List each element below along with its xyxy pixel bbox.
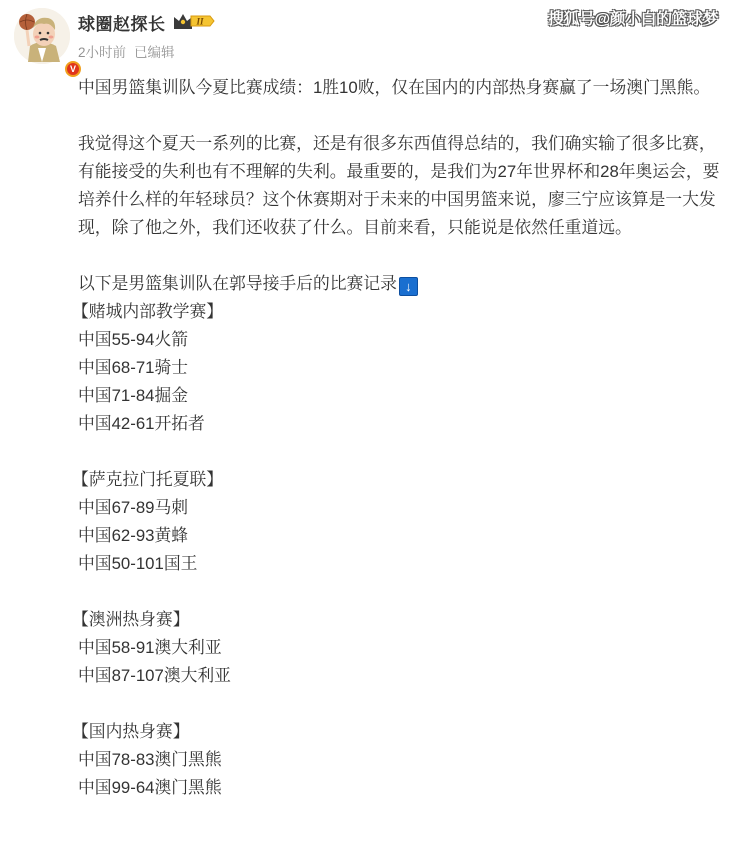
section-domestic: 【国内热身赛】 中国78-83澳门黑熊 中国99-64澳门黑熊 xyxy=(78,718,720,802)
game-record: 中国78-83澳门黑熊 xyxy=(78,746,720,774)
paragraph-commentary: 我觉得这个夏天一系列的比赛，还是有很多东西值得总结的，我们确实输了很多比赛，有能… xyxy=(78,130,720,242)
game-record: 中国42-61开拓者 xyxy=(78,410,720,438)
game-record: 中国62-93黄蜂 xyxy=(78,522,720,550)
game-record: 中国55-94火箭 xyxy=(78,326,720,354)
section-australia: 【澳洲热身赛】 中国58-91澳大利亚 中国87-107澳大利亚 xyxy=(78,606,720,690)
author-avatar[interactable]: V xyxy=(14,8,70,64)
author-name[interactable]: 球圈赵探长 xyxy=(78,10,166,35)
section-title: 【国内热身赛】 xyxy=(72,718,720,746)
post-meta: 2小时前已编辑 xyxy=(78,41,175,61)
section-title: 【赌城内部教学赛】 xyxy=(72,298,720,326)
game-record: 中国58-91澳大利亚 xyxy=(78,634,720,662)
watermark: 搜狐号@颜小白的篮球梦 xyxy=(548,6,718,29)
edited-label[interactable]: 已编辑 xyxy=(134,45,175,60)
down-arrow-emoji-icon: ↓ xyxy=(399,277,418,296)
post-header: V 球圈赵探长 II 2小时前已编辑 搜狐号@颜小白的篮球梦 xyxy=(0,0,733,70)
game-record: 中国67-89马刺 xyxy=(78,494,720,522)
game-record: 中国87-107澳大利亚 xyxy=(78,662,720,690)
records-intro: 以下是男篮集训队在郭导接手后的比赛记录↓ xyxy=(78,270,720,298)
section-las-vegas: 【赌城内部教学赛】 中国55-94火箭 中国68-71骑士 中国71-84掘金 … xyxy=(78,298,720,438)
section-title: 【萨克拉门托夏联】 xyxy=(72,466,720,494)
post-body: 中国男篮集训队今夏比赛成绩：1胜10败，仅在国内的内部热身赛赢了一场澳门黑熊。 … xyxy=(78,74,720,802)
spacer xyxy=(78,438,720,466)
crown-level-badge-icon: II xyxy=(172,11,216,31)
game-record: 中国50-101国王 xyxy=(78,550,720,578)
paragraph-summary: 中国男篮集训队今夏比赛成绩：1胜10败，仅在国内的内部热身赛赢了一场澳门黑熊。 xyxy=(78,74,720,102)
game-record: 中国99-64澳门黑熊 xyxy=(78,774,720,802)
section-title: 【澳洲热身赛】 xyxy=(72,606,720,634)
level-badge-text: II xyxy=(195,17,204,27)
game-record: 中国68-71骑士 xyxy=(78,354,720,382)
section-sacramento: 【萨克拉门托夏联】 中国67-89马刺 中国62-93黄蜂 中国50-101国王 xyxy=(78,466,720,578)
cartoon-avatar-icon xyxy=(14,8,70,64)
game-record: 中国71-84掘金 xyxy=(78,382,720,410)
records-intro-text: 以下是男篮集训队在郭导接手后的比赛记录 xyxy=(78,274,397,293)
spacer xyxy=(78,690,720,718)
spacer xyxy=(78,578,720,606)
post-time: 2小时前 xyxy=(78,45,126,60)
